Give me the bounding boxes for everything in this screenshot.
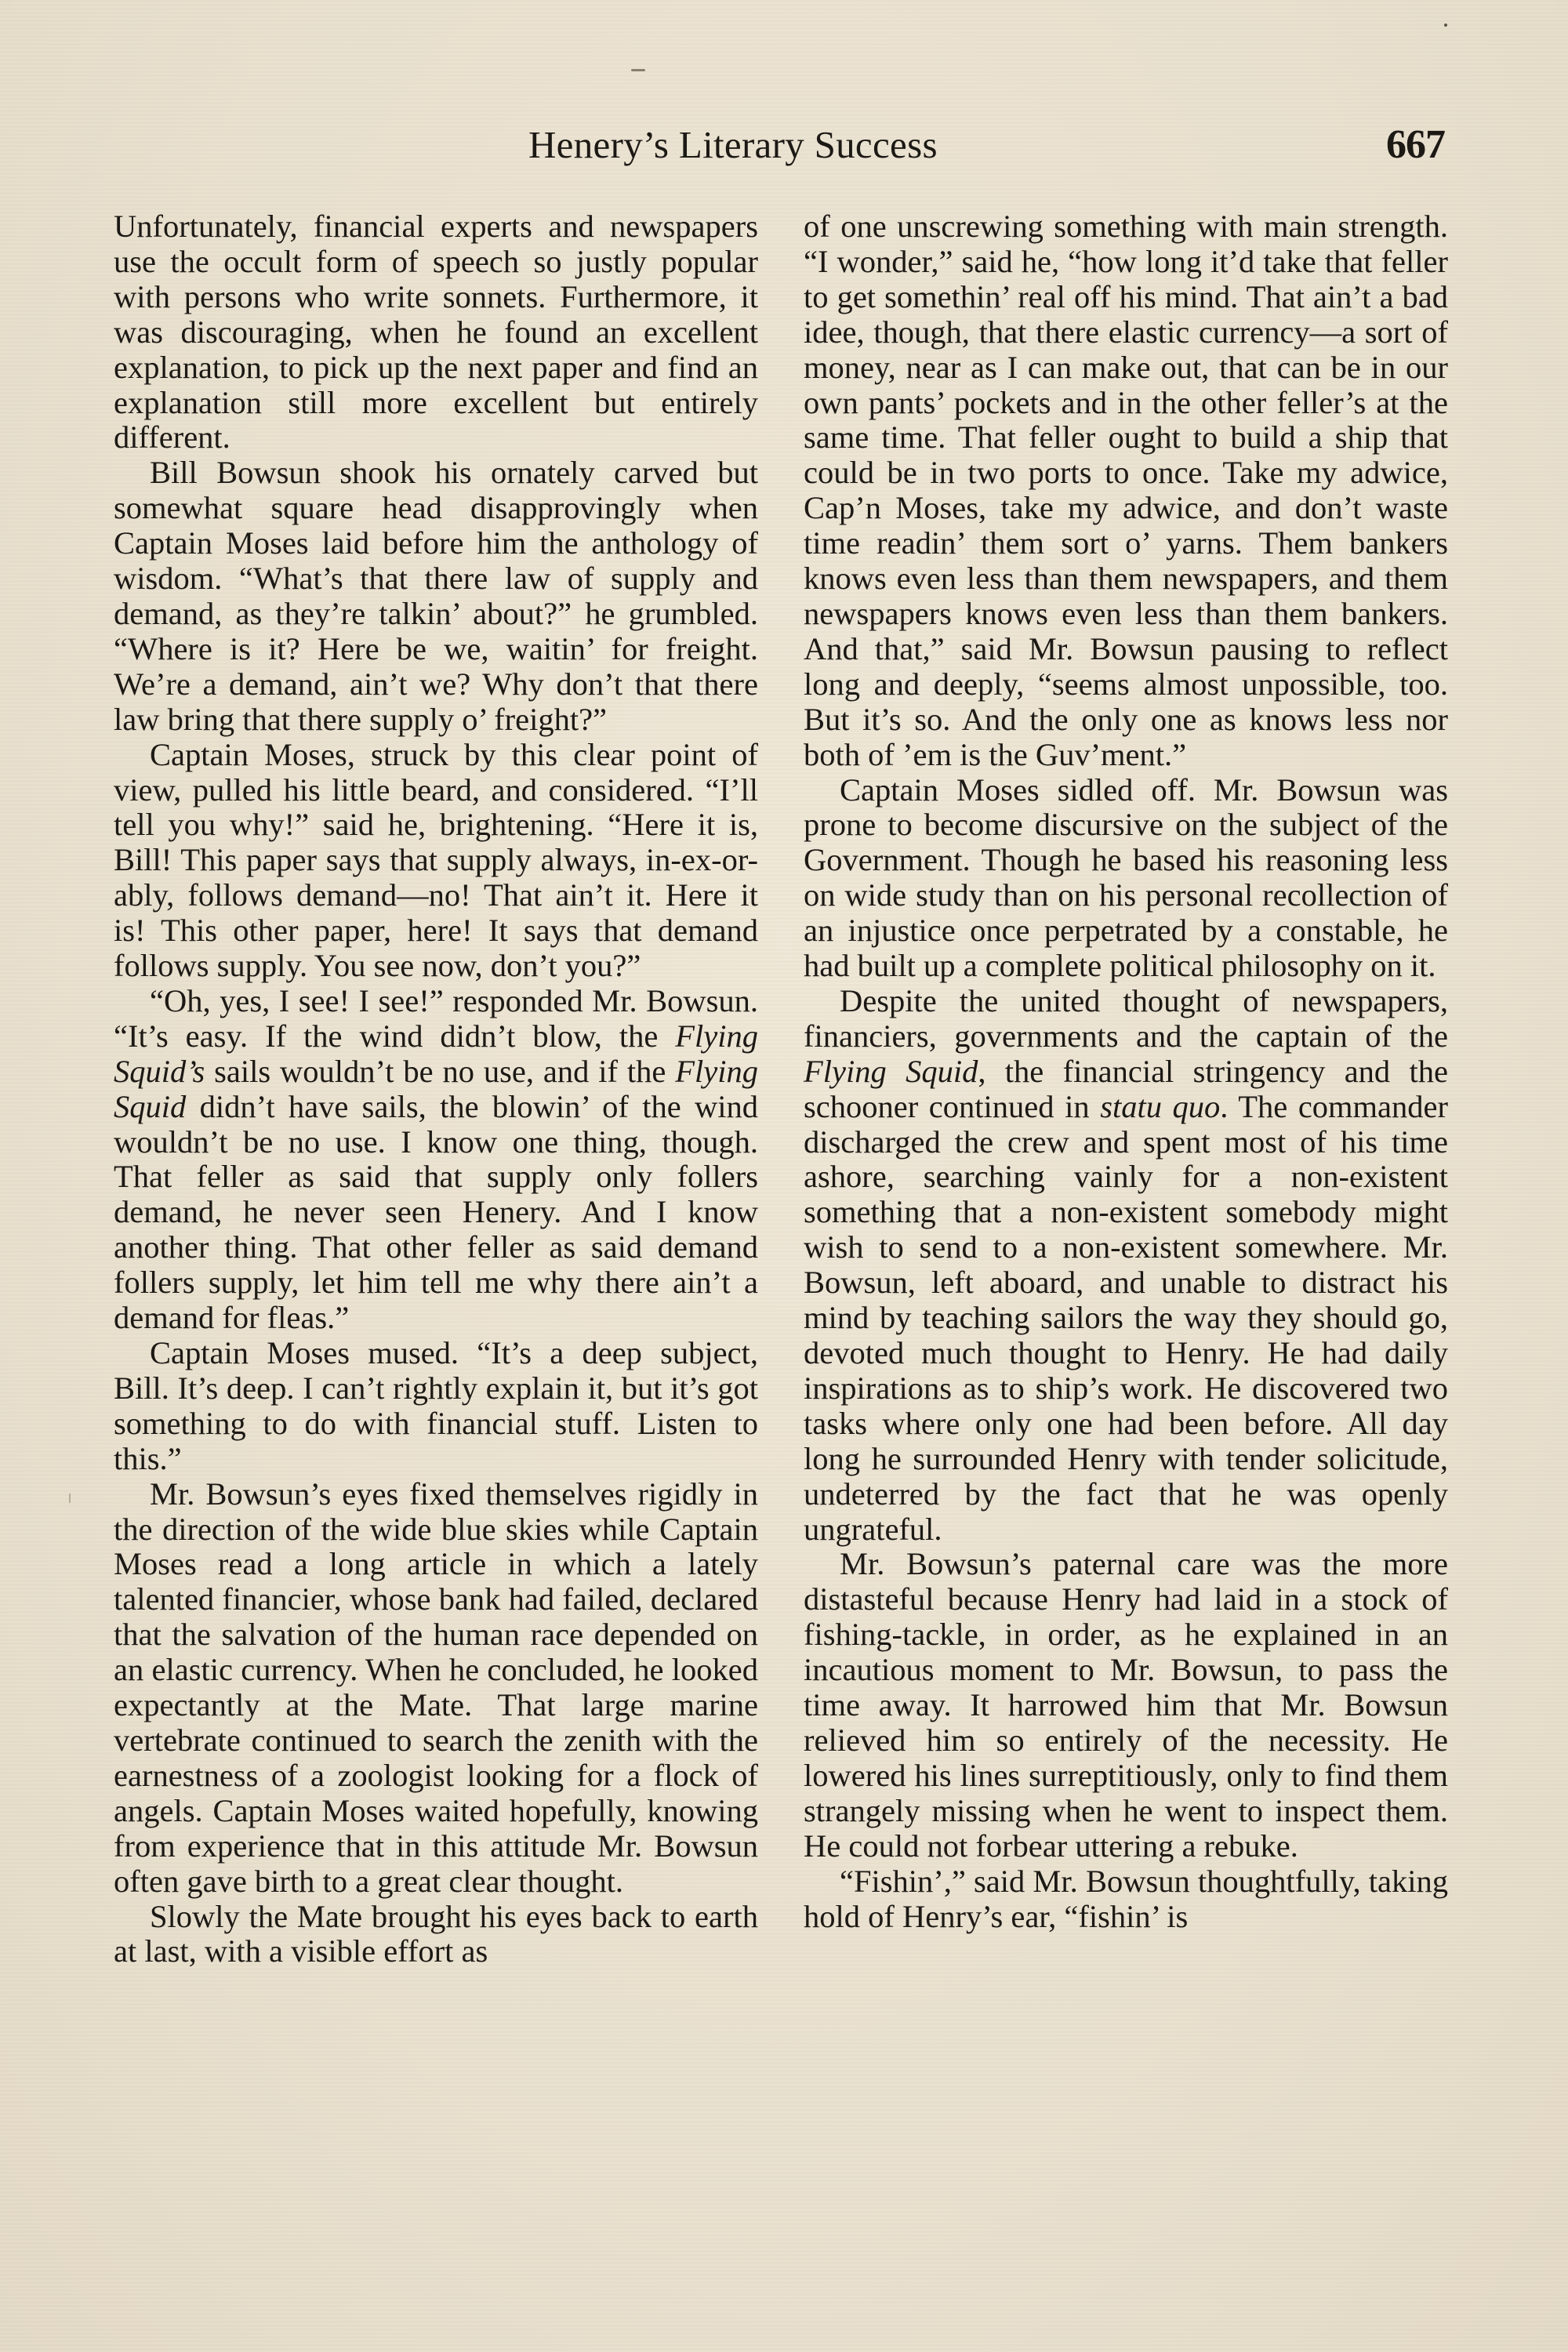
italic-title: statu quo	[1100, 1089, 1220, 1124]
paragraph: “Fishin’,” said Mr. Bowsun thoughtfully,…	[804, 1864, 1448, 1935]
text-column-left: Unfortunately, financial experts and new…	[114, 209, 758, 1969]
text-run: Despite the united thought of newspapers…	[804, 983, 1448, 1054]
paragraph: Despite the united thought of newspapers…	[804, 984, 1448, 1548]
running-head: Henery’s Literary Success 667	[0, 118, 1568, 172]
text-run: sails wouldn’t be no use, and if the	[205, 1054, 675, 1089]
text-column-right: of one unscrewing something with main st…	[804, 209, 1448, 1934]
text-run: didn’t have sails, the blowin’ of the wi…	[114, 1089, 758, 1335]
paper-speck	[1444, 24, 1447, 27]
text-run: . The commander discharged the crew and …	[804, 1089, 1448, 1547]
italic-title: Flying Squid	[804, 1054, 978, 1089]
text-run: Bill Bowsun shook his ornately carved bu…	[114, 455, 758, 736]
text-run: Mr. Bowsun’s eyes fixed themselves rigid…	[114, 1476, 758, 1899]
paragraph: of one unscrewing something with main st…	[804, 209, 1448, 773]
text-run: Captain Moses mused. “It’s a deep subjec…	[114, 1335, 758, 1476]
paragraph: Captain Moses, struck by this clear poin…	[114, 738, 758, 984]
text-run: Slowly the Mate brought his eyes back to…	[114, 1899, 758, 1969]
paragraph: “Oh, yes, I see! I see!” responded Mr. B…	[114, 984, 758, 1336]
text-run: “Fishin’,” said Mr. Bowsun thoughtfully,…	[804, 1864, 1448, 1934]
text-run: Captain Moses sidled off. Mr. Bowsun was…	[804, 772, 1448, 984]
paragraph: Mr. Bowsun’s paternal care was the more …	[804, 1547, 1448, 1864]
text-run: of one unscrewing something with main st…	[804, 209, 1448, 772]
paragraph: Bill Bowsun shook his ornately carved bu…	[114, 456, 758, 737]
paragraph: Captain Moses sidled off. Mr. Bowsun was…	[804, 773, 1448, 984]
running-title: Henery’s Literary Success	[528, 118, 938, 172]
text-run: Mr. Bowsun’s paternal care was the more …	[804, 1546, 1448, 1863]
text-run: Unfortunately, financial experts and new…	[114, 209, 758, 455]
page-number: 667	[1386, 118, 1445, 172]
paragraph: Unfortunately, financial experts and new…	[114, 209, 758, 456]
printer-mark	[631, 69, 645, 71]
paragraph: Mr. Bowsun’s eyes fixed themselves rigid…	[114, 1477, 758, 1900]
paragraph: Slowly the Mate brought his eyes back to…	[114, 1900, 758, 1970]
margin-mark	[69, 1494, 71, 1503]
text-run: “Oh, yes, I see! I see!” responded Mr. B…	[114, 983, 758, 1054]
paragraph: Captain Moses mused. “It’s a deep subjec…	[114, 1336, 758, 1477]
text-run: Captain Moses, struck by this clear poin…	[114, 737, 758, 983]
